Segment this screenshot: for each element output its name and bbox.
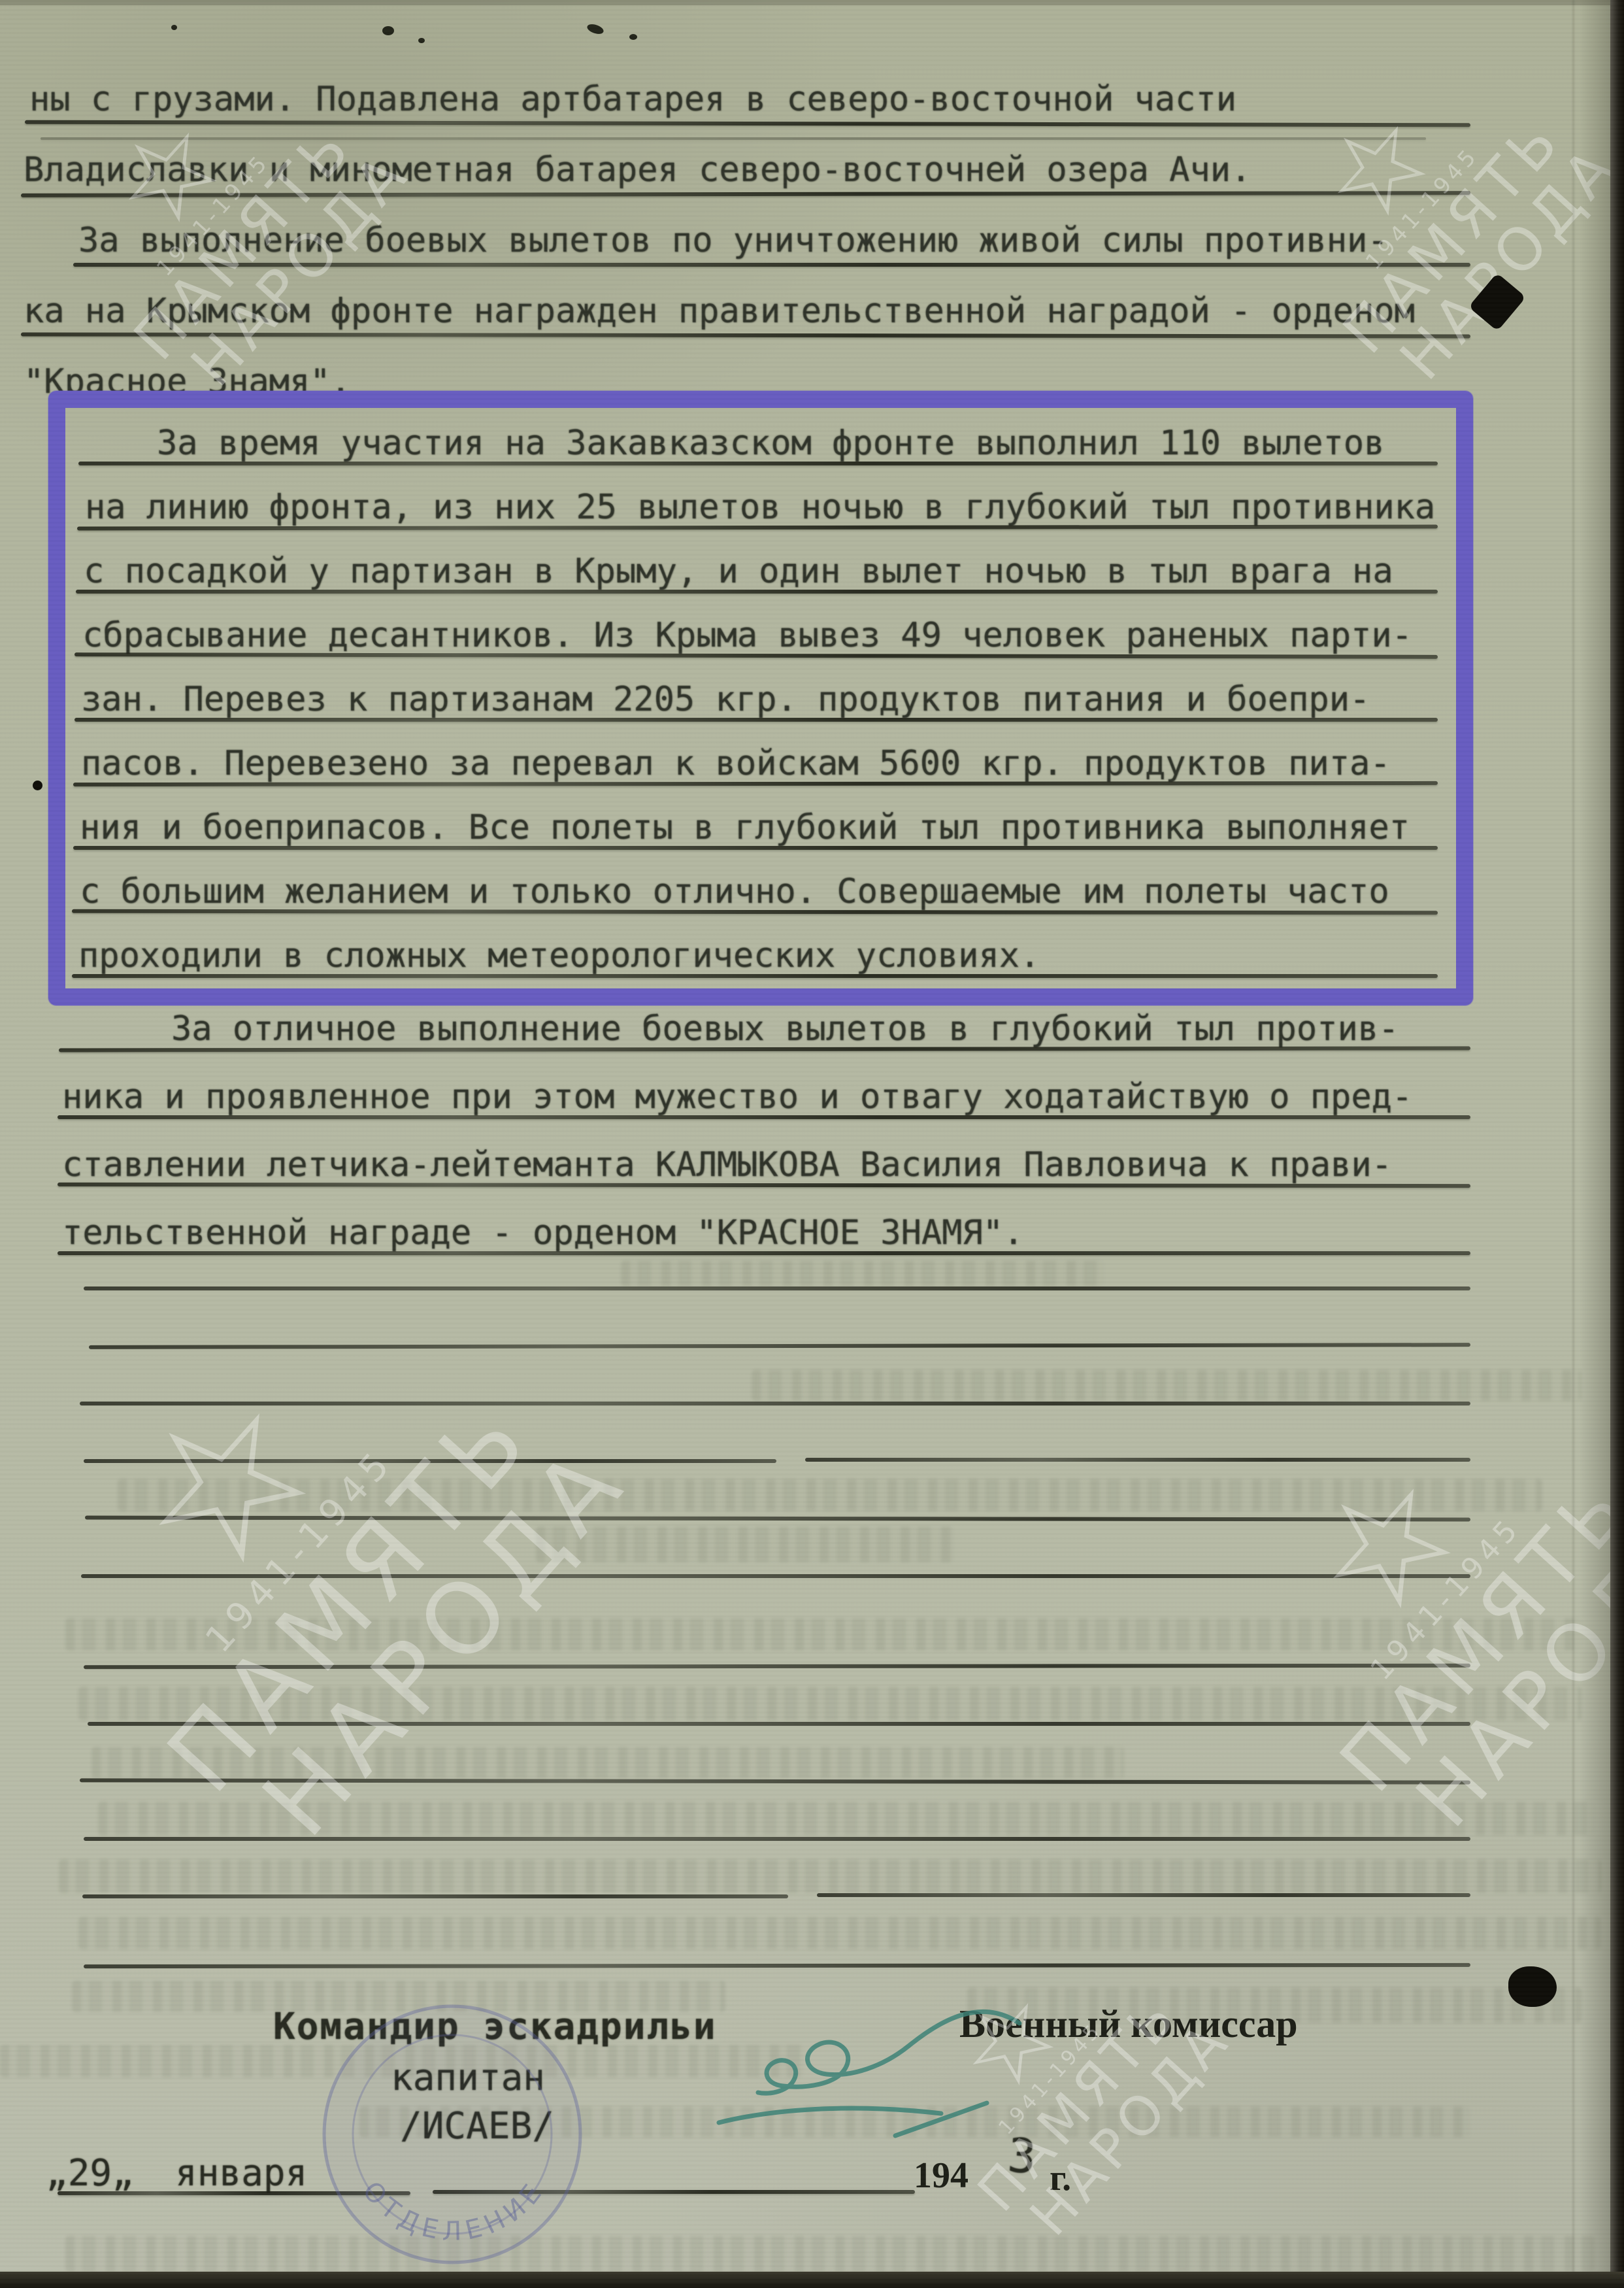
- blank-rule: [82, 1894, 788, 1898]
- bleed-smudge: [78, 1687, 1582, 1721]
- blank-rule: [84, 1837, 1470, 1841]
- paper-crease: [1572, 0, 1574, 2288]
- page-edge-right: [1610, 0, 1624, 2288]
- underline-rule: [58, 1251, 1470, 1255]
- typed-line: Владиславки и минометная батарея северо-…: [24, 150, 1251, 190]
- typed-line: ника и проявленное при этом мужество и о…: [62, 1077, 1412, 1117]
- page-edge-top: [0, 0, 1624, 5]
- blank-rule: [84, 1664, 1470, 1670]
- bleed-smudge: [98, 1802, 1595, 1836]
- blank-rule: [80, 1778, 1470, 1784]
- typed-line: ны с грузами. Подавлена артбатарея в сев…: [29, 80, 1236, 119]
- bleed-smudge: [752, 1370, 1582, 1401]
- blank-rule: [84, 1963, 1470, 1968]
- blank-rule: [89, 1343, 1470, 1349]
- typed-line: За отличное выполнение боевых вылетов в …: [171, 1009, 1399, 1049]
- blank-rule: [81, 1574, 1470, 1578]
- ink-speck: [171, 25, 177, 30]
- underline-rule: [58, 1183, 1470, 1188]
- hole-punch: [1468, 273, 1526, 331]
- blank-rule: [817, 1893, 1470, 1897]
- watermark-star-icon: ☆: [1230, 12, 1523, 323]
- memory-watermark: ☆ 1941-1945 ПАМЯТЬ НАРОДА: [1189, 1337, 1624, 1877]
- ink-speck: [418, 38, 425, 43]
- page-edge-shadow: [1579, 0, 1610, 2288]
- underline-rule: [73, 263, 1470, 267]
- underline-rule: [21, 191, 1470, 197]
- underline-rule: [58, 1115, 1470, 1119]
- highlight-box: [48, 391, 1473, 1005]
- bleed-smudge: [59, 1859, 1601, 1893]
- typed-line: тельственной награде - орденом "КРАСНОЕ …: [62, 1213, 1023, 1253]
- blank-rule: [80, 1402, 1470, 1405]
- hole-punch: [1508, 1966, 1557, 2007]
- blank-rule: [805, 1458, 1470, 1462]
- page-edge-bottom: [0, 2272, 1624, 2288]
- ink-dot: [33, 781, 42, 790]
- date-day: „29„: [46, 2152, 134, 2195]
- ink-speck: [629, 34, 637, 40]
- blank-rule: [85, 1516, 1470, 1522]
- bleed-smudge: [65, 1618, 1582, 1651]
- typed-line: ка на Крымском фронте награжден правител…: [24, 292, 1415, 331]
- bleed-smudge: [78, 1917, 1601, 1949]
- round-stamp: ОТДЕЛЕНИЕ: [307, 1987, 608, 2288]
- scanned-award-document-page: ны с грузами. Подавлена артбатарея в сев…: [0, 0, 1624, 2288]
- bleed-smudge: [621, 1260, 1104, 1287]
- underline-rule: [41, 137, 1426, 140]
- ink-speck: [382, 26, 394, 35]
- bleed-smudge: [118, 1479, 1542, 1511]
- bleed-smudge: [536, 1526, 954, 1562]
- bleed-smudge: [65, 2236, 1595, 2272]
- blank-rule: [84, 1287, 1470, 1290]
- typed-line: За выполнение боевых вылетов по уничтоже…: [78, 221, 1388, 260]
- commissar-signature: [680, 1984, 1072, 2167]
- bleed-smudge: [91, 1747, 1124, 1778]
- memory-watermark: ☆ 1941-1945 ПАМЯТЬ НАРОДА: [1230, 12, 1624, 418]
- ink-speck: [586, 22, 605, 35]
- underline-rule: [21, 332, 1470, 338]
- typed-line: ставлении летчика-лейтеманта КАЛМЫКОВА В…: [62, 1145, 1392, 1185]
- blank-rule: [84, 1459, 776, 1463]
- underline-rule: [25, 120, 1470, 127]
- blank-rule: [88, 1722, 1470, 1726]
- date-month: января: [175, 2152, 307, 2195]
